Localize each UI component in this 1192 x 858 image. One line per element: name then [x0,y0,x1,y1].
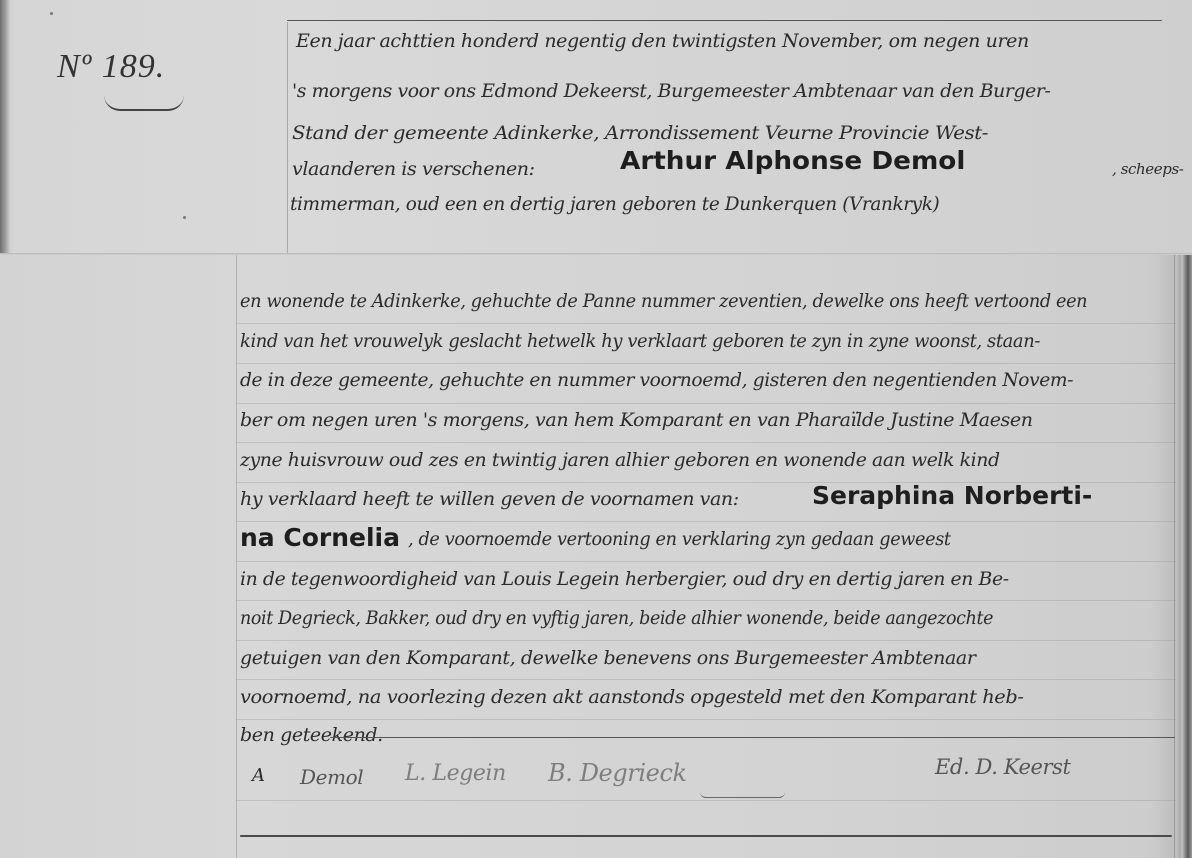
child-name-part1: Seraphina Norberti- [812,481,1092,510]
text-line: en wonende te Adinkerke, gehuchte de Pan… [240,290,1087,312]
signature-mark: A [252,765,265,786]
ruled-line [236,323,1176,324]
ruled-line [236,640,1176,641]
text-line: timmerman, oud een en dertig jaren gebor… [290,193,939,215]
ruled-line [236,442,1176,443]
paper-speck [183,216,186,219]
scan-strip-bottom: en wonende te Adinkerke, gehuchte de Pan… [0,255,1192,858]
margin-divider [287,22,288,255]
text-line: vlaanderen is verschenen: [292,158,535,180]
ruled-line [236,521,1176,522]
text-line: Een jaar achttien honderd negentig den t… [296,30,1029,52]
entry-number-underline [104,95,184,111]
text-line: ber om negen uren 's morgens, van hem Ko… [240,409,1033,431]
text-fragment: , scheeps- [1112,160,1183,178]
text-line: noit Degrieck, Bakker, oud dry en vyftig… [240,607,993,629]
text-line: getuigen van den Komparant, dewelke bene… [240,647,976,669]
child-name-part2: na Cornelia [240,523,400,552]
ruled-line [236,403,1176,404]
text-line: kind van het vrouwelyk geslacht hetwelk … [240,330,1040,352]
entry-number: Nº 189. [57,48,165,86]
entry-top-rule [287,20,1162,21]
signature-mayor: Ed. D. Keerst [935,755,1071,779]
text-line: voornoemd, na voorlezing dezen akt aanst… [240,686,1024,708]
binding-edge-right [1176,255,1192,858]
text-line: hy verklaard heeft te willen geven de vo… [240,488,739,510]
ruled-line [236,800,1176,801]
ruled-line [236,719,1176,720]
text-line: zyne huisvrouw oud zes en twintig jaren … [240,449,1000,471]
text-line: ben geteekend. [240,724,383,746]
entry-bottom-rule [240,835,1172,837]
text-line: Stand der gemeente Adinkerke, Arrondisse… [292,122,988,144]
binding-edge-left [0,0,10,255]
paper-speck [50,12,53,15]
signature-degrieck: B. Degrieck [548,759,687,787]
ruled-line [236,600,1176,601]
ruled-line [236,561,1176,562]
right-margin-line [1174,255,1175,858]
scan-strip-top: Nº 189. Een jaar achttien honderd negent… [0,0,1192,255]
text-line: , de voornoemde vertooning en verklaring… [408,528,951,550]
declarant-name: Arthur Alphonse Demol [620,146,965,175]
text-line: in de tegenwoordigheid van Louis Legein … [240,568,1009,590]
ruled-line [236,679,1176,680]
closing-rule [330,737,1175,738]
signature-underline [700,792,785,798]
signature-demol: Demol [300,765,363,789]
text-line: 's morgens voor ons Edmond Dekeerst, Bur… [292,80,1050,102]
margin-divider [236,255,237,858]
text-line: de in deze gemeente, gehuchte en nummer … [240,369,1073,391]
ruled-line [236,363,1176,364]
signature-legein: L. Legein [405,761,506,786]
